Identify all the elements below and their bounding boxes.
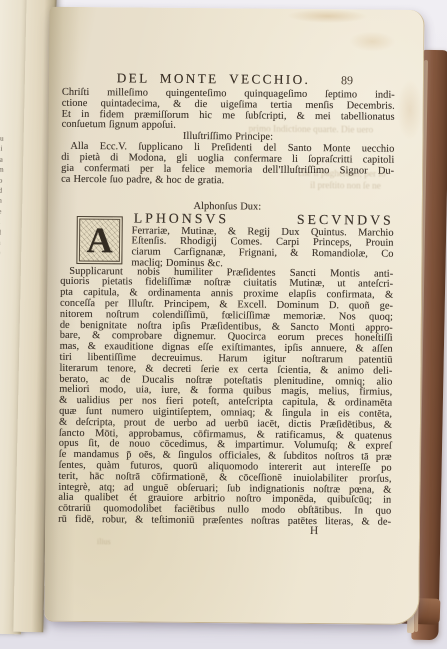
- foxing-stain: [349, 31, 395, 51]
- edge-text-fragments: u i a m o d h e l d a o r i l i n & q a …: [0, 134, 8, 446]
- foxing-stain: [287, 9, 367, 24]
- text-line: ca Hercole ſuo padre, & hoc de gratia.: [61, 174, 394, 188]
- gathering-signature: H: [303, 525, 325, 537]
- initial-letter: A: [86, 222, 112, 258]
- book-page: primo Indictione quarte. Die uero che ſi…: [44, 7, 424, 625]
- running-title: DEL MONTE VECCHIO.: [62, 70, 365, 89]
- show-through-text: ilius: [97, 537, 111, 546]
- photo-scene: u i a m o d h e l d a o r i l i n & q a …: [0, 0, 447, 649]
- text-line: rū fidē, robur, & teſtimoniū præſentes n…: [58, 514, 391, 528]
- page-number: 89: [341, 73, 367, 88]
- foxing-stain: [396, 80, 423, 140]
- woodcut-initial-A: A: [76, 216, 122, 264]
